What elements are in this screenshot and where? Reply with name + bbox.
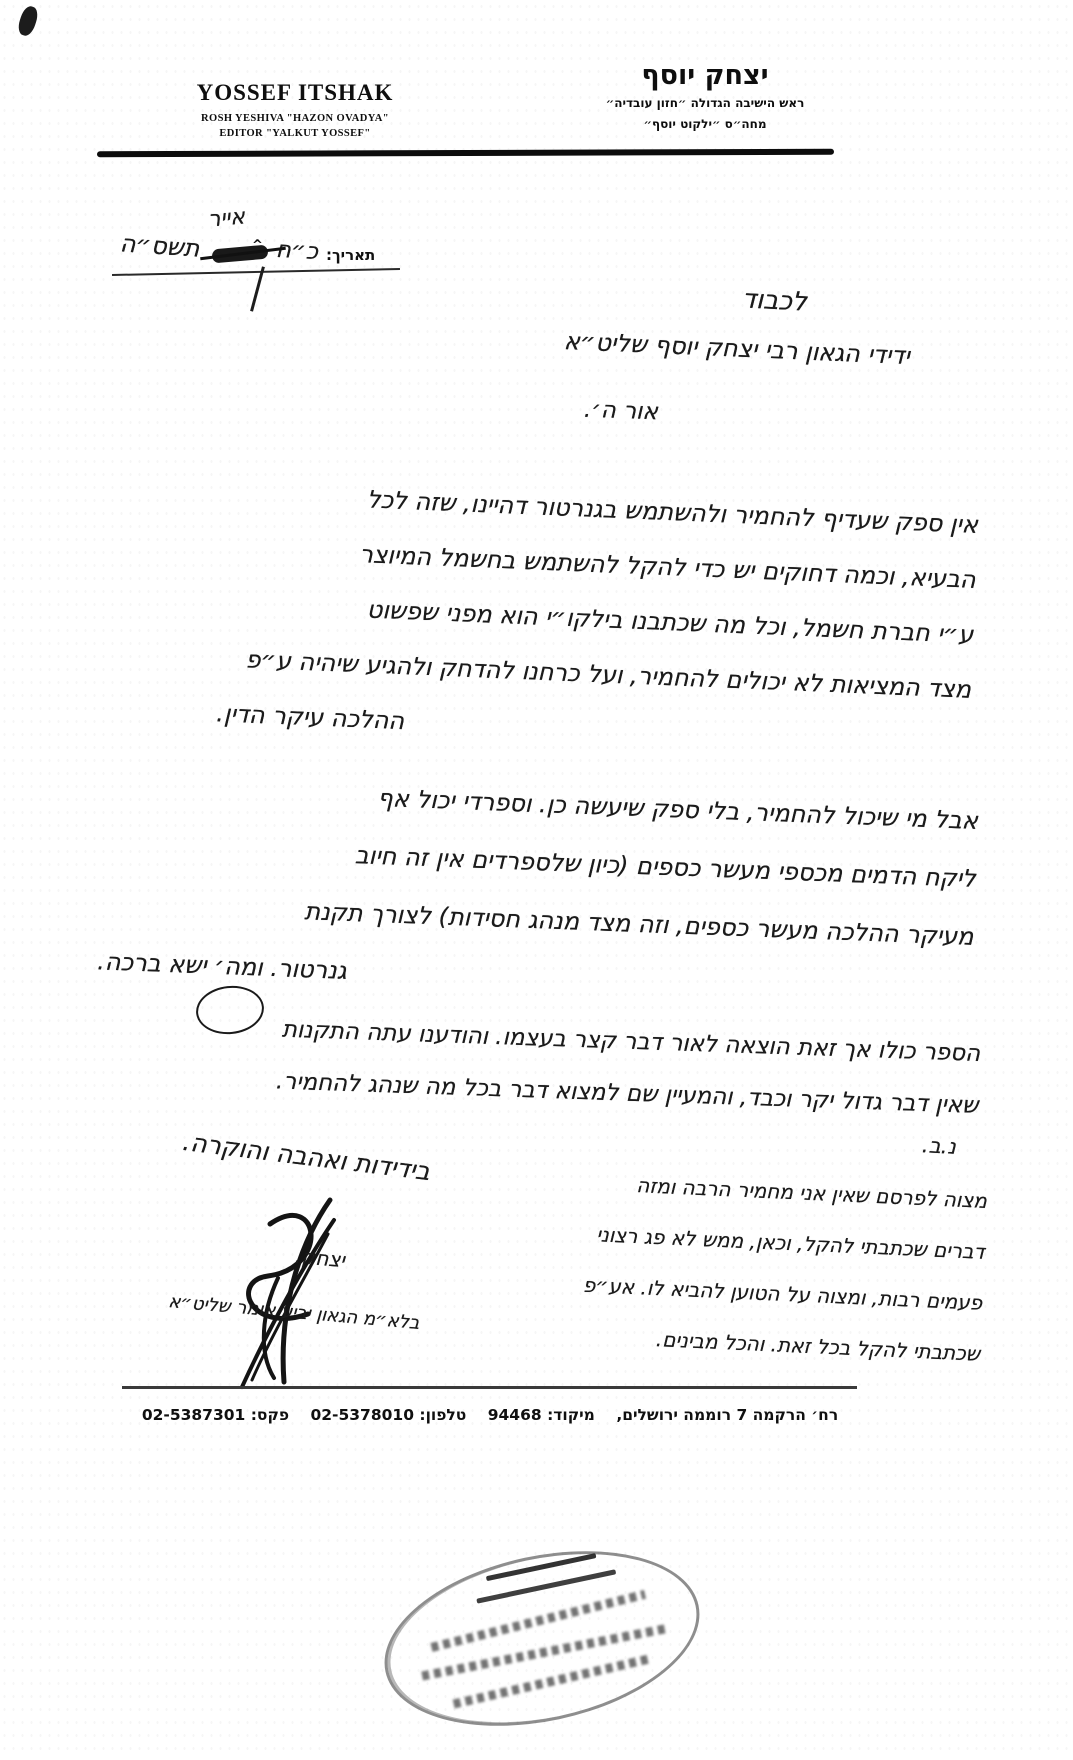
scan-artifact-blot <box>16 4 40 37</box>
greeting-blessing: אור ה׳. <box>584 397 659 426</box>
greeting-addressee: ידידי הגאון רבי יצחק יוסף שליט״א <box>538 326 911 370</box>
postscript-marker: נ.ב. <box>921 1133 956 1159</box>
footer-zip: מיקוד: 94468 <box>488 1406 595 1424</box>
pen-stroke <box>250 266 265 311</box>
body-paragraph-1: אין ספק שעדיף להחמיר ולהשתמש בגנרטור דהי… <box>84 461 979 773</box>
sender-title2-english: EDITOR "YALKUT YOSSEF" <box>160 126 430 141</box>
footer-address: רח׳ הרקמה 7 רוממה ירושלים, <box>616 1406 838 1424</box>
date-label: תאריך: <box>326 246 375 264</box>
letterhead-hebrew: יצחק יוסף ראש הישיבה הגדולה ״חזון עובדיה… <box>560 60 850 133</box>
closing-salutation: בידידות ואהבה והוקרה. <box>181 1127 431 1186</box>
greeting-to: לכבוד <box>741 284 807 317</box>
handwritten-year: תשס״ה <box>119 229 200 262</box>
sender-title1-english: ROSH YESHIVA "HAZON OVADYA" <box>160 111 430 126</box>
footer-contact-line: רח׳ הרקמה 7 רוממה ירושלים, מיקוד: 94468 … <box>105 1406 875 1424</box>
sender-name-english: YOSSEF ITSHAK <box>160 80 430 106</box>
scanned-letter-page: YOSSEF ITSHAK ROSH YESHIVA "HAZON OVADYA… <box>0 0 1073 1760</box>
date-underline-stroke <box>112 268 400 276</box>
sender-title2-hebrew: מחה״ס ״ילקוט יוסף״ <box>560 116 850 133</box>
footer-phone: טלפון: 02-5378010 <box>310 1406 466 1424</box>
letterhead-english: YOSSEF ITSHAK ROSH YESHIVA "HAZON OVADYA… <box>160 80 430 141</box>
body-paragraph-2: אבל מי שיכול להחמיר, בלי ספק שיעשה כן. ו… <box>87 758 979 1024</box>
stamp-oval-outline <box>368 1525 715 1753</box>
postscript-block: מצוה לפרסם שאין אני מחמיר הרבה ומזה דברי… <box>515 1155 988 1380</box>
letterhead-divider-rule <box>97 149 834 158</box>
handwritten-day: כ״ח <box>275 237 318 265</box>
handwritten-month: אייר <box>207 204 246 232</box>
sender-title1-hebrew: ראש הישיבה הגדולה ״חזון עובדיה״ <box>560 95 850 112</box>
signature-name: יצחק. <box>294 1244 346 1272</box>
oval-rubber-stamp <box>368 1525 715 1753</box>
signature-flourish <box>212 1182 362 1397</box>
footer-fax: פקס: 02-5387301 <box>142 1406 289 1424</box>
sender-name-hebrew: יצחק יוסף <box>560 60 850 91</box>
footer-divider-rule <box>122 1386 857 1389</box>
